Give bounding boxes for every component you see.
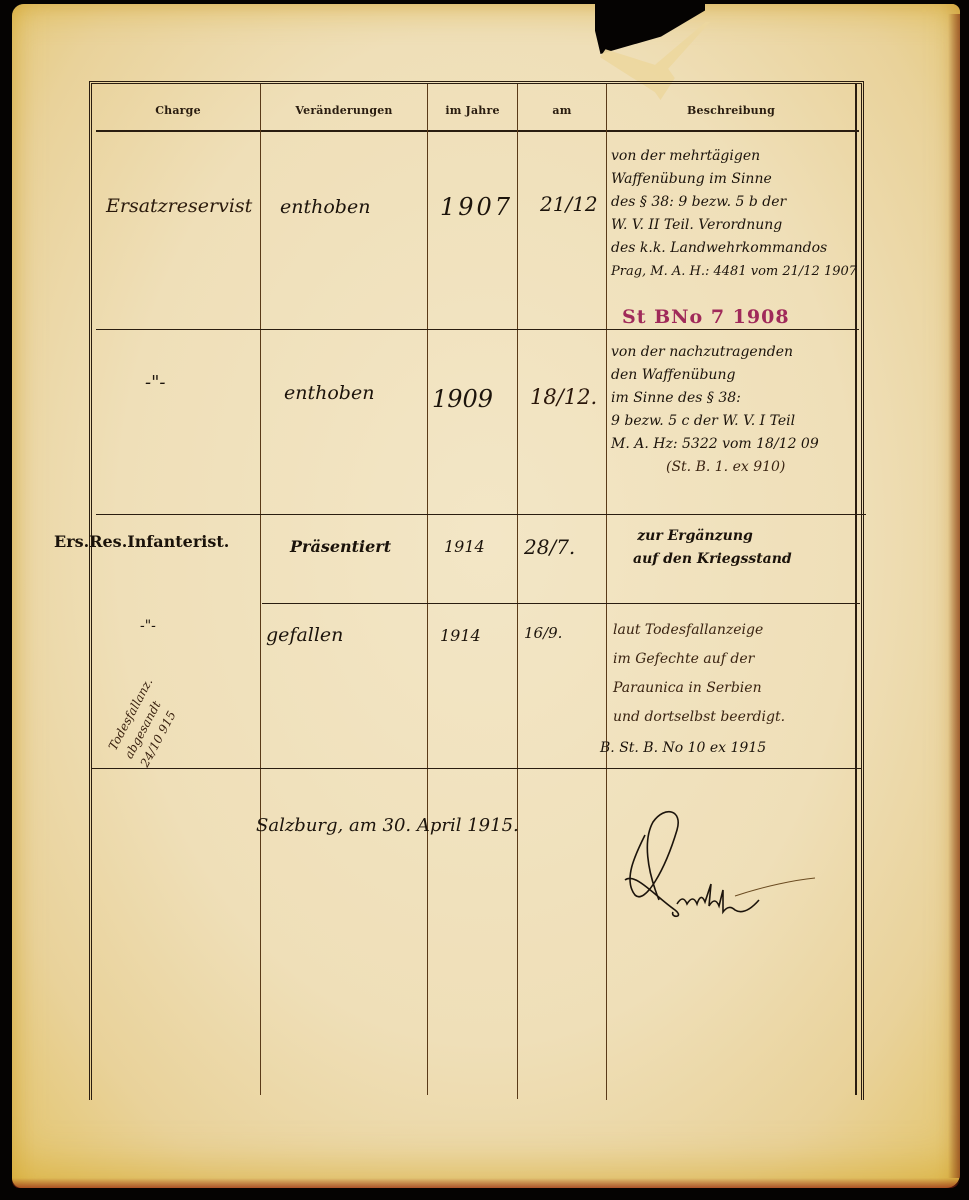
header-divider [96,130,859,132]
page-edge-stain [948,14,960,1178]
cell-veraenderungen: Präsentiert [290,537,391,556]
place-date: Salzburg, am 30. April 1915. [256,815,519,836]
cell-veraenderungen: enthoben [280,196,370,218]
description-line: von der mehrtägigen [611,145,857,168]
header-beschreibung: Beschreibung [607,92,855,128]
cell-im-jahre: 1907 [440,193,513,221]
row-divider [92,768,862,769]
description-line: des § 38: 9 bezw. 5 b der [611,191,857,214]
cell-beschreibung: laut Todesfallanzeige im Gefechte auf de… [613,616,785,732]
description-line: und dortselbst beerdigt. [613,703,785,732]
column-divider [517,84,518,1099]
description-line: Paraunica in Serbien [613,674,785,703]
cell-beschreibung: zur Ergänzung auf den Kriegsstand [605,525,765,571]
registry-stamp: St BNo 7 1908 [622,306,790,328]
header-charge: Charge [96,92,260,128]
description-line: im Sinne des § 38: [611,387,819,410]
cell-im-jahre: 1914 [444,537,485,556]
cell-im-jahre: 1914 [440,626,481,645]
cell-charge: -"- [140,618,156,634]
cell-veraenderungen: gefallen [266,624,343,646]
description-line: 9 bezw. 5 c der W. V. I Teil [611,410,819,433]
row-divider [96,514,866,515]
registry-reference: B. St. B. No 10 ex 1915 [600,740,766,756]
description-line: im Gefechte auf der [613,645,785,674]
description-line: von der nachzutragenden [611,341,819,364]
cell-beschreibung: von der mehrtägigen Waffenübung im Sinne… [611,145,857,283]
description-line: M. A. Hz: 5322 vom 18/12 09 [611,433,819,456]
column-divider [260,84,261,1095]
header-im-jahre: im Jahre [428,92,517,128]
signature: Deutschfr [615,800,815,940]
cell-charge: Ersatzreservist [106,195,252,217]
cell-am: 28/7. [524,535,575,559]
row-divider [96,329,859,330]
description-line: W. V. II Teil. Verordnung [611,214,857,237]
row-divider [262,603,860,604]
description-line: Prag, M. A. H.: 4481 vom 21/12 1907 [611,260,857,283]
cell-im-jahre: 1909 [432,385,493,413]
cell-veraenderungen: enthoben [284,382,374,404]
description-line: auf den Kriegsstand [605,548,765,571]
description-line: (St. B. 1. ex 910) [611,456,819,479]
cell-am: 16/9. [524,624,562,642]
description-line: laut Todesfallanzeige [613,616,785,645]
description-line: den Waffenübung [611,364,819,387]
description-line: zur Ergänzung [605,525,765,548]
cell-charge: -"- [145,372,165,393]
signature-icon [615,800,815,940]
cell-charge: Ers.Res.Infanterist. [54,532,229,551]
header-am: am [518,92,606,128]
cell-am: 18/12. [530,385,597,409]
description-line: des k.k. Landwehrkommandos [611,237,857,260]
description-line: Waffenübung im Sinne [611,168,857,191]
cell-am: 21/12 [540,192,598,216]
column-divider [606,84,607,1100]
cell-beschreibung: von der nachzutragenden den Waffenübung … [611,341,819,479]
column-divider [427,84,428,1095]
header-veraenderungen: Veränderungen [261,92,427,128]
page-edge-stain [12,1178,960,1188]
